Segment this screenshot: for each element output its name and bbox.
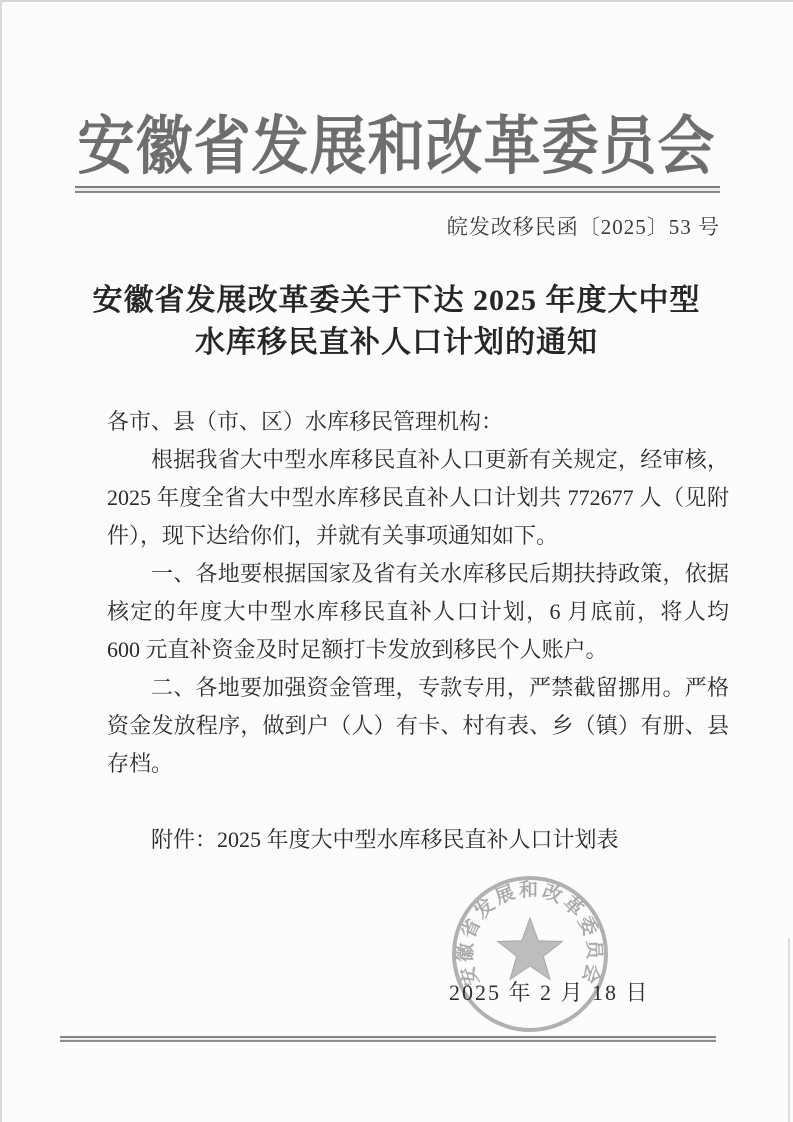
- scan-edge-top: [0, 0, 793, 2]
- official-seal-stamp: 安徽省发展和改革委员会: [450, 874, 610, 1034]
- attachment-line: 附件：2025 年度大中型水库移民直补人口计划表: [107, 821, 729, 859]
- header-divider-rule: [75, 186, 720, 193]
- document-title: 安徽省发展改革委关于下达 2025 年度大中型 水库移民直补人口计划的通知: [0, 280, 793, 364]
- paragraph-item-2: 二、各地要加强资金管理，专款专用，严禁截留挪用。严格资金发放程序，做到户（人）有…: [107, 669, 729, 783]
- document-title-line1: 安徽省发展改革委关于下达 2025 年度大中型: [93, 284, 701, 317]
- document-title-line2: 水库移民直补人口计划的通知: [195, 326, 598, 359]
- seal-star-icon: [498, 918, 563, 980]
- scanned-document-page: 安徽省发展和改革委员会 皖发改移民函〔2025〕53 号 安徽省发展改革委关于下…: [0, 0, 793, 1122]
- document-number: 皖发改移民函〔2025〕53 号: [447, 211, 720, 241]
- salutation-line: 各市、县（市、区）水库移民管理机构：: [107, 403, 729, 441]
- scan-edge-right: [788, 938, 790, 1122]
- issue-date: 2025 年 2 月 18 日: [449, 976, 650, 1007]
- agency-name-heading: 安徽省发展和改革委员会: [0, 95, 793, 187]
- paragraph-intro: 根据我省大中型水库移民直补人口更新有关规定，经审核，2025 年度全省大中型水库…: [107, 441, 729, 555]
- footer-divider-rule: [60, 1036, 716, 1042]
- document-body: 各市、县（市、区）水库移民管理机构： 根据我省大中型水库移民直补人口更新有关规定…: [107, 403, 729, 859]
- paragraph-item-1: 一、各地要根据国家及省有关水库移民后期扶持政策，依据核定的年度大中型水库移民直补…: [107, 555, 729, 669]
